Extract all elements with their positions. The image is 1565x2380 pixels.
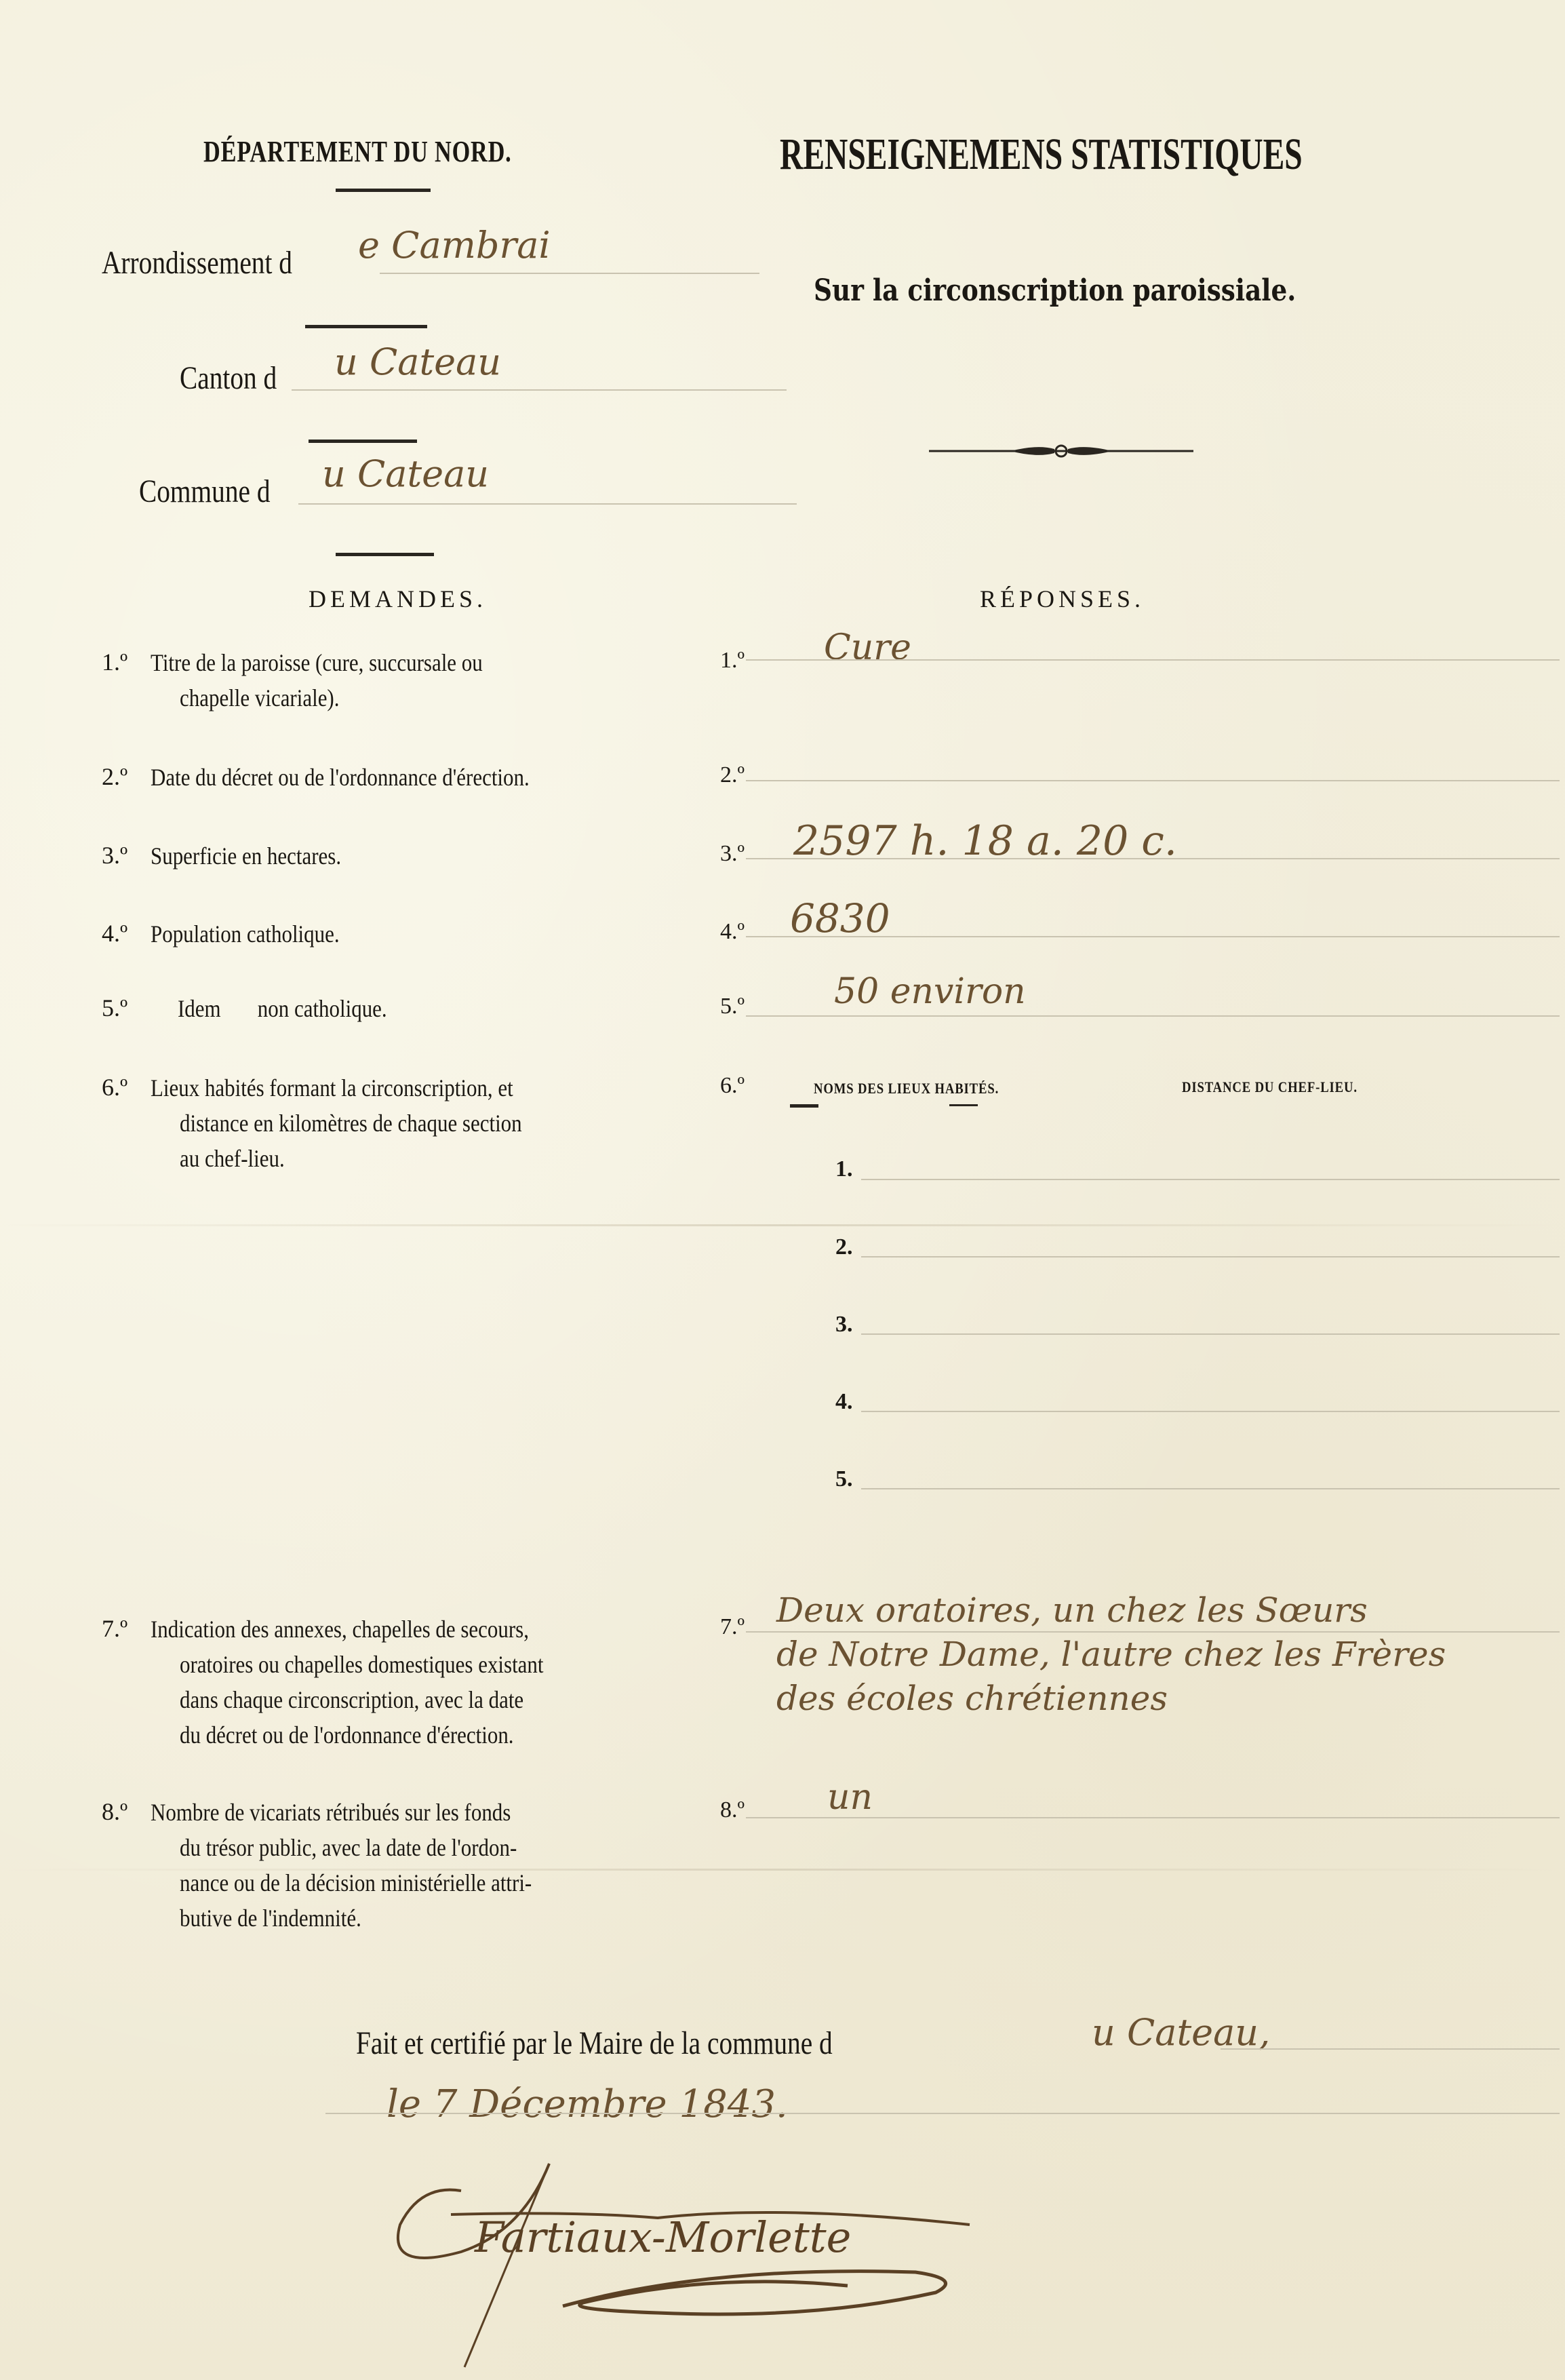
svg-text:Fartiaux-Morlette: Fartiaux-Morlette [474,2212,851,2262]
department-heading: DÉPARTEMENT DU NORD. [203,134,512,169]
column-header-distance: DISTANCE DU CHEF-LIEU. [1182,1078,1358,1096]
question-text: distance en kilomètres de chaque section [151,1106,646,1141]
answers-heading: RÉPONSES. [980,585,1145,613]
answer-number: 2.º [720,762,745,788]
answer-number: 1.º [720,648,745,674]
question-text: oratoires ou chapelles domestiques exist… [151,1647,646,1682]
question-text: Population catholique. [151,916,646,952]
answer-number: 5.º [720,994,745,1019]
answer-8-value: un [827,1777,873,1818]
question-text: Date du décret ou de l'ordonnance d'érec… [151,760,734,795]
field-label: Arrondissement d [102,244,292,281]
question-text: Nombre de vicariats rétribués sur les fo… [151,1795,646,1830]
field-label: Canton d [180,359,277,397]
document-title: RENSEIGNEMENS STATISTIQUES [780,129,1303,180]
ornament-divider-icon [929,441,1193,461]
field-value: u Cateau [322,452,489,495]
question-text: au chef-lieu. [151,1141,646,1176]
question-text: dans chaque circonscription, avec la dat… [151,1682,646,1717]
separator [336,189,431,192]
field-value: e Cambrai [358,224,551,267]
answer-number: 3.º [720,841,745,867]
place-names-dash [790,1104,818,1106]
question-text: chapelle vicariale). [151,680,646,716]
paper-fold-crease [0,1224,1565,1226]
question-text: butive de l'indemnité. [151,1900,646,1936]
question-number: 3.º [102,841,127,870]
separator [336,553,434,556]
answer-7-line: Deux oratoires, un chez les Sœurs [776,1591,1368,1630]
answer-4-value: 6830 [790,895,890,941]
question-number: 2.º [102,762,127,791]
question-text: Idem non catholique. [178,991,673,1026]
answer-5-value: 50 environ [834,971,1026,1012]
question-text: Lieux habités formant la circonscription… [151,1070,646,1106]
place-row-number: 5. [835,1466,853,1492]
certification-text: Fait et certifié par le Maire de la comm… [356,2025,833,2062]
certification-date: le 7 Décembre 1843. [387,2082,788,2126]
answer-number: 4.º [720,919,745,945]
place-row-number: 1. [835,1156,853,1182]
field-label: Commune d [139,473,271,510]
question-text: Titre de la paroisse (cure, succursale o… [151,645,646,680]
question-number: 7.º [102,1614,127,1643]
answer-number: 8.º [720,1797,745,1823]
answer-7-line: des écoles chrétiennes [776,1679,1168,1718]
place-row-number: 3. [835,1312,853,1338]
field-value: u Cateau [334,340,501,383]
question-number: 4.º [102,919,127,948]
mayor-signature-icon: Fartiaux-Morlette [373,2150,983,2374]
column-header-place-names: NOMS DES LIEUX HABITÉS. [814,1080,999,1097]
separator [305,325,427,328]
question-text: Indication des annexes, chapelles de sec… [151,1612,646,1647]
question-text: nance ou de la décision ministérielle at… [151,1865,646,1900]
answer-1-value: Cure [824,627,911,668]
question-text: Superficie en hectares. [151,838,646,874]
question-number: 8.º [102,1797,127,1826]
answer-number: 6.º [720,1073,745,1099]
question-number: 5.º [102,994,127,1022]
question-text: du décret ou de l'ordonnance d'érection. [151,1717,646,1753]
certification-line: Fait et certifié par le Maire de la comm… [356,2025,937,2062]
answer-7-line: de Notre Dame, l'autre chez les Frères [776,1635,1446,1674]
document-subtitle: Sur la circonscription paroissiale. [814,273,1296,308]
distance-dash [949,1104,978,1106]
place-row-number: 4. [835,1389,853,1415]
question-number: 6.º [102,1073,127,1101]
question-text: du trésor public, avec la date de l'ordo… [151,1830,646,1865]
separator [309,440,417,443]
answer-number: 7.º [720,1614,745,1640]
certification-commune: u Cateau, [1092,2011,1270,2054]
questions-heading: DEMANDES. [309,585,487,613]
question-number: 1.º [102,648,127,676]
place-row-number: 2. [835,1234,853,1260]
